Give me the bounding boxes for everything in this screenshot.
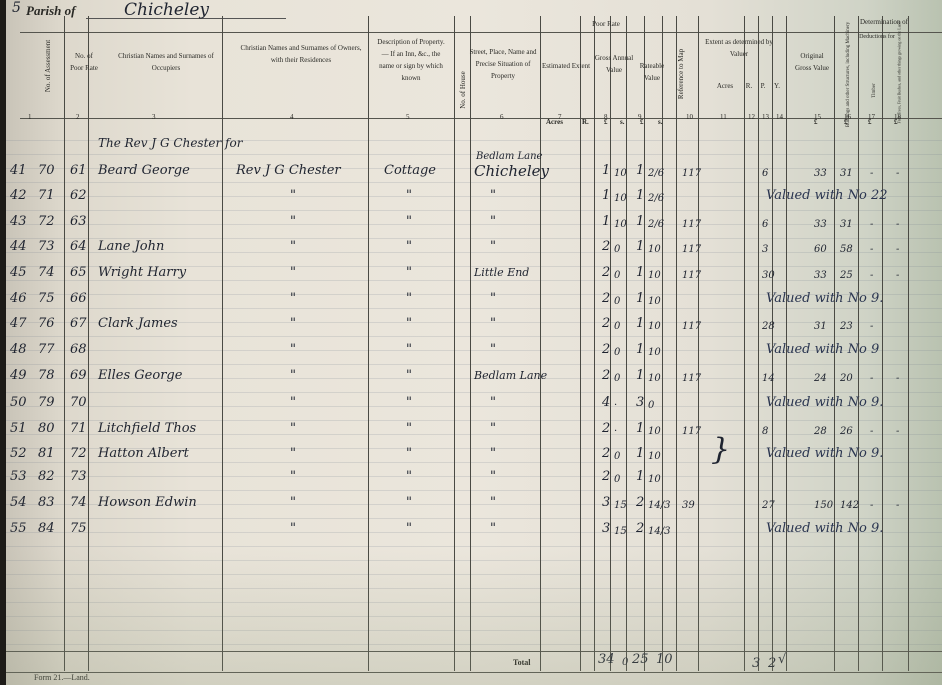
assess-number: 44 xyxy=(10,239,27,255)
gross-shillings: 0 xyxy=(614,294,620,310)
column-number: 14 xyxy=(776,113,783,121)
ruled-line xyxy=(6,336,942,337)
owner-name: " xyxy=(290,291,296,307)
header-bottom-rule xyxy=(20,118,942,119)
property-description: " xyxy=(406,395,412,411)
rateable-shillings: 10 xyxy=(648,242,661,258)
property-description: " xyxy=(406,421,412,437)
rateable-shillings: 2/6 xyxy=(648,166,664,182)
rateable-pounds: 2 xyxy=(636,495,644,511)
gross-pounds: 2 xyxy=(602,239,610,255)
fruit-deduction: - xyxy=(896,268,899,284)
owner-name: " xyxy=(290,469,296,485)
fruit-deduction: - xyxy=(896,498,899,514)
buildings-deduction: 25 xyxy=(840,268,853,284)
property-description: " xyxy=(406,188,412,204)
column-number: 10 xyxy=(686,113,693,121)
property-description: " xyxy=(406,291,412,307)
alt-number: 78 xyxy=(38,368,55,384)
property-description: " xyxy=(406,214,412,230)
timber-deduction: - xyxy=(870,371,873,387)
parish-name: Chicheley xyxy=(124,0,209,20)
gross-pounds: 1 xyxy=(602,214,610,230)
occupier-name: Wright Harry xyxy=(98,265,186,281)
rateable-pounds: 1 xyxy=(636,316,644,332)
col-17-header: Timber xyxy=(872,83,877,98)
assess-number: 47 xyxy=(10,316,27,332)
rateable-pounds: 1 xyxy=(636,291,644,307)
col-18-header: Fruit Trees, Fruit Bushes, and other thi… xyxy=(897,22,902,124)
gross-shillings: 0 xyxy=(614,449,620,465)
property-description: " xyxy=(406,239,412,255)
total-bottom-rule xyxy=(6,672,942,673)
alt-number: 82 xyxy=(38,469,55,485)
gross-shillings: 0 xyxy=(614,472,620,488)
col-15-header: Original Gross Value xyxy=(792,50,832,74)
total-gross-s: 0 xyxy=(622,655,628,671)
rateable-shillings: 10 xyxy=(648,268,661,284)
original-gross-value: 28 xyxy=(814,424,827,440)
ruled-line xyxy=(6,392,942,393)
rateable-shillings: 10 xyxy=(648,345,661,361)
column-number: 12 xyxy=(748,113,755,121)
poor-rate-header: Poor Rate xyxy=(540,18,672,30)
unit-rate-l: £ xyxy=(640,118,644,126)
gross-pounds: 2 xyxy=(602,368,610,384)
original-gross-value: 33 xyxy=(814,217,827,233)
poor-rate-number: 69 xyxy=(70,368,87,384)
extent-perches: 6 xyxy=(762,217,768,233)
col-16-header: Buildings and other Structures, includin… xyxy=(846,22,851,127)
valuation-note: Valued with No 22 xyxy=(766,188,888,204)
alt-number: 81 xyxy=(38,446,55,462)
timber-deduction: - xyxy=(870,268,873,284)
occupier-name: Beard George xyxy=(98,163,190,179)
assess-number: 55 xyxy=(10,521,27,537)
total-gross-l: 34 xyxy=(598,652,615,668)
extent-perches: 14 xyxy=(762,371,775,387)
timber-deduction: - xyxy=(870,498,873,514)
unit-rate-s: s. xyxy=(658,118,662,126)
ruled-line xyxy=(6,308,942,309)
rateable-shillings: 10 xyxy=(648,449,661,465)
owner-name: " xyxy=(290,239,296,255)
total-label: Total xyxy=(513,658,531,667)
ruled-line xyxy=(6,616,942,617)
poor-rate-number: 62 xyxy=(70,188,87,204)
occupier-name: Litchfield Thos xyxy=(98,421,196,437)
col-2-header: No. of Poor Rate xyxy=(70,50,98,74)
occupier-name: Hatton Albert xyxy=(98,446,189,462)
poor-rate-number: 72 xyxy=(70,446,87,462)
gross-pounds: 2 xyxy=(602,421,610,437)
total-r: 3 xyxy=(752,656,760,672)
rateable-pounds: 1 xyxy=(636,265,644,281)
poor-rate-number: 63 xyxy=(70,214,87,230)
column-line xyxy=(368,16,369,671)
ruled-line xyxy=(6,154,942,155)
column-line xyxy=(882,16,883,671)
street-place: " xyxy=(490,291,496,307)
column-line xyxy=(540,16,541,671)
unit-gross-s: s. xyxy=(620,118,624,126)
unit-c16: £ xyxy=(844,118,848,126)
property-description: " xyxy=(406,316,412,332)
gross-pounds: 4 xyxy=(602,395,610,411)
column-line xyxy=(454,16,455,671)
col-4-header: Christian Names and Surnames of Owners, … xyxy=(236,42,366,66)
rateable-pounds: 1 xyxy=(636,342,644,358)
ruled-line xyxy=(6,364,942,365)
buildings-deduction: 58 xyxy=(840,242,853,258)
poor-rate-number: 74 xyxy=(70,495,87,511)
street-place: " xyxy=(490,421,496,437)
col-5-header: Description of Property.— If an Inn, &c.… xyxy=(376,36,446,84)
alt-number: 76 xyxy=(38,316,55,332)
col-8-header: Gross Annual Value xyxy=(594,52,634,76)
street-place: " xyxy=(490,342,496,358)
map-reference: 117 xyxy=(682,319,701,335)
extent-perches: 30 xyxy=(762,268,775,284)
rateable-pounds: 1 xyxy=(636,446,644,462)
gross-shillings: 0 xyxy=(614,319,620,335)
gross-pounds: 2 xyxy=(602,316,610,332)
gross-shillings: 15 xyxy=(614,524,627,540)
gross-shillings: 15 xyxy=(614,498,627,514)
gross-shillings: 0 xyxy=(614,242,620,258)
poor-rate-rule xyxy=(540,32,672,33)
gross-shillings: 0 xyxy=(614,371,620,387)
alt-number: 72 xyxy=(38,214,55,230)
gross-shillings: 0 xyxy=(614,345,620,361)
col-1-header: No. of Assessment xyxy=(44,40,52,92)
col-12-header: R. xyxy=(742,80,756,92)
extent-perches: 3 xyxy=(762,242,768,258)
ruled-line xyxy=(6,546,942,547)
original-gross-value: 60 xyxy=(814,242,827,258)
ruled-line xyxy=(6,560,942,561)
rateable-pounds: 1 xyxy=(636,214,644,230)
gross-shillings: 0 xyxy=(614,268,620,284)
column-line xyxy=(744,16,745,671)
gross-shillings: · xyxy=(614,424,617,440)
column-line xyxy=(676,16,677,671)
street-place: " xyxy=(490,316,496,332)
column-number: 13 xyxy=(762,113,769,121)
gross-pounds: 2 xyxy=(602,446,610,462)
unit-acres: Acres xyxy=(546,118,563,126)
extent-perches: 8 xyxy=(762,424,768,440)
no-of-house-header: No. of House xyxy=(459,71,467,109)
valuation-note: Valued with No 9. xyxy=(766,446,883,462)
ruled-line xyxy=(6,476,942,477)
alt-number: 70 xyxy=(38,163,55,179)
owner-name: " xyxy=(290,521,296,537)
owner-name: Rev J G Chester xyxy=(236,163,341,179)
col-13-header: P. xyxy=(756,80,770,92)
column-line xyxy=(626,16,627,671)
parish-label: Parish of xyxy=(26,3,75,19)
gross-pounds: 1 xyxy=(602,163,610,179)
property-description: " xyxy=(406,342,412,358)
column-line xyxy=(908,16,909,671)
column-line xyxy=(88,16,89,671)
fruit-deduction: - xyxy=(896,242,899,258)
column-number: 1 xyxy=(28,113,32,121)
buildings-deduction: 31 xyxy=(840,217,853,233)
column-number: 4 xyxy=(290,113,294,121)
form-label: Form 21.—Land. xyxy=(34,673,90,682)
extent-perches: 6 xyxy=(762,166,768,182)
col-11-header: Acres xyxy=(710,80,740,92)
valuation-note: Valued with No 9 xyxy=(766,342,879,358)
ruled-line xyxy=(6,630,942,631)
assess-number: 46 xyxy=(10,291,27,307)
ruled-line xyxy=(6,602,942,603)
assess-number: 50 xyxy=(10,395,27,411)
street-place: " xyxy=(490,239,496,255)
rateable-pounds: 1 xyxy=(636,239,644,255)
unit-r: R. xyxy=(582,118,589,126)
ruled-line xyxy=(6,490,942,491)
map-reference: 39 xyxy=(682,498,695,514)
extent-perches: 27 xyxy=(762,498,775,514)
folio-mark: 5 xyxy=(12,0,21,16)
buildings-deduction: 20 xyxy=(840,371,853,387)
street-place: " xyxy=(490,214,496,230)
rateable-pounds: 1 xyxy=(636,188,644,204)
timber-deduction: - xyxy=(870,166,873,182)
gross-shillings: 10 xyxy=(614,191,627,207)
assess-number: 41 xyxy=(10,163,27,179)
gross-shillings: 10 xyxy=(614,166,627,182)
poor-rate-number: 66 xyxy=(70,291,87,307)
gross-pounds: 1 xyxy=(602,188,610,204)
map-reference: 117 xyxy=(682,371,701,387)
rateable-shillings: 10 xyxy=(648,472,661,488)
ruled-line xyxy=(6,224,942,225)
valuation-note: Valued with No 9. xyxy=(766,395,883,411)
alt-number: 80 xyxy=(38,421,55,437)
buildings-deduction: 26 xyxy=(840,424,853,440)
poor-rate-number: 65 xyxy=(70,265,87,281)
owner-name: " xyxy=(290,421,296,437)
property-description: " xyxy=(406,368,412,384)
ruled-line xyxy=(6,210,942,211)
assess-number: 54 xyxy=(10,495,27,511)
ledger-page: 5 Parish of Chicheley Poor Rate Determin… xyxy=(6,0,942,685)
valuation-note: Valued with No 9. xyxy=(766,291,883,307)
gross-pounds: 2 xyxy=(602,469,610,485)
buildings-deduction: 23 xyxy=(840,319,853,335)
assess-number: 43 xyxy=(10,214,27,230)
assess-number: 45 xyxy=(10,265,27,281)
alt-number: 73 xyxy=(38,239,55,255)
fruit-deduction: - xyxy=(896,424,899,440)
poor-rate-number: 61 xyxy=(70,163,87,179)
column-number: 11 xyxy=(720,113,727,121)
property-description: " xyxy=(406,495,412,511)
column-line xyxy=(594,16,595,671)
rateable-shillings: 10 xyxy=(648,424,661,440)
rateable-pounds: 3 xyxy=(636,395,644,411)
fruit-deduction: - xyxy=(896,166,899,182)
gross-pounds: 3 xyxy=(602,495,610,511)
ruled-line xyxy=(6,182,942,183)
owner-name: " xyxy=(290,188,296,204)
assess-number: 52 xyxy=(10,446,27,462)
fruit-deduction: - xyxy=(896,371,899,387)
total-check: √ xyxy=(778,652,786,668)
extent-valuer-header: Extent as determined by Valuer xyxy=(704,36,774,60)
original-gross-value: 33 xyxy=(814,268,827,284)
assess-number: 51 xyxy=(10,421,27,437)
column-line xyxy=(662,16,663,671)
poor-rate-number: 68 xyxy=(70,342,87,358)
owner-note: The Rev J G Chester for xyxy=(98,135,242,151)
timber-deduction: - xyxy=(870,424,873,440)
column-line xyxy=(470,16,471,671)
street-place: " xyxy=(490,188,496,204)
brace-mark: } xyxy=(711,442,730,458)
column-line xyxy=(758,16,759,671)
poor-rate-number: 70 xyxy=(70,395,87,411)
ruled-line xyxy=(6,644,942,645)
owner-name: " xyxy=(290,342,296,358)
alt-number: 79 xyxy=(38,395,55,411)
occupier-name: Clark James xyxy=(98,316,178,332)
street-place: Little End xyxy=(474,265,529,281)
owner-name: " xyxy=(290,316,296,332)
alt-number: 71 xyxy=(38,188,55,204)
timber-deduction: - xyxy=(870,217,873,233)
assess-number: 49 xyxy=(10,368,27,384)
col-9-header: Rateable Value xyxy=(634,60,670,84)
owner-name: " xyxy=(290,446,296,462)
street-place: " xyxy=(490,469,496,485)
total-rate-l: 25 xyxy=(632,652,649,668)
gross-pounds: 3 xyxy=(602,521,610,537)
col-3-header: Christian Names and Surnames of Occupier… xyxy=(116,50,216,74)
gross-pounds: 2 xyxy=(602,291,610,307)
rateable-pounds: 2 xyxy=(636,521,644,537)
alt-number: 74 xyxy=(38,265,55,281)
column-line xyxy=(64,16,65,671)
street-place: Bedlam Lane xyxy=(474,368,547,384)
owner-name: " xyxy=(290,368,296,384)
occupier-name: Elles George xyxy=(98,368,182,384)
rateable-shillings: 2/6 xyxy=(648,217,664,233)
owner-name: " xyxy=(290,495,296,511)
map-reference: 117 xyxy=(682,424,701,440)
ruled-line xyxy=(6,518,942,519)
gross-pounds: 2 xyxy=(602,265,610,281)
occupier-name: Howson Edwin xyxy=(98,495,197,511)
fruit-deduction: - xyxy=(896,217,899,233)
map-reference: 117 xyxy=(682,242,701,258)
col-14-header: Y. xyxy=(770,80,784,92)
street-place: " xyxy=(490,395,496,411)
rateable-shillings: 10 xyxy=(648,294,661,310)
street-place: " xyxy=(490,521,496,537)
rateable-pounds: 1 xyxy=(636,469,644,485)
poor-rate-number: 67 xyxy=(70,316,87,332)
unit-c17: £ xyxy=(868,118,872,126)
original-gross-value: 33 xyxy=(814,166,827,182)
property-description: " xyxy=(406,469,412,485)
timber-deduction: - xyxy=(870,242,873,258)
alt-number: 77 xyxy=(38,342,55,358)
alt-number: 83 xyxy=(38,495,55,511)
street-place: " xyxy=(490,495,496,511)
col-6-header: Street, Place, Name and Precise Situatio… xyxy=(468,46,538,82)
column-number: 3 xyxy=(152,113,156,121)
total-p: 2 xyxy=(768,656,776,672)
occupier-name: Lane John xyxy=(98,239,164,255)
rateable-pounds: 1 xyxy=(636,368,644,384)
ruled-line xyxy=(6,462,942,463)
rateable-shillings: 0 xyxy=(648,398,654,414)
column-number: 5 xyxy=(406,113,410,121)
rateable-shillings: 10 xyxy=(648,319,661,335)
unit-gross-l: £ xyxy=(604,118,608,126)
determination-header: Determination of xyxy=(826,16,942,28)
owner-name: " xyxy=(290,214,296,230)
gross-shillings: · xyxy=(614,398,617,414)
map-reference: 117 xyxy=(682,166,701,182)
original-gross-value: 24 xyxy=(814,371,827,387)
column-line xyxy=(222,16,223,671)
col-7-header: Estimated Extent xyxy=(542,60,590,72)
gross-pounds: 2 xyxy=(602,342,610,358)
original-gross-value: 31 xyxy=(814,319,827,335)
property-description: Cottage xyxy=(384,163,436,179)
rateable-pounds: 1 xyxy=(636,163,644,179)
rateable-shillings: 14/3 xyxy=(648,524,670,540)
rateable-shillings: 10 xyxy=(648,371,661,387)
alt-number: 84 xyxy=(38,521,55,537)
gross-shillings: 10 xyxy=(614,217,627,233)
col-10-header: Reference to Map xyxy=(677,49,685,99)
rateable-shillings: 2/6 xyxy=(648,191,664,207)
rateable-shillings: 14/3 xyxy=(648,498,670,514)
column-line xyxy=(698,16,699,671)
street-place: " xyxy=(490,446,496,462)
total-top-rule xyxy=(6,651,942,652)
property-description: " xyxy=(406,521,412,537)
ruled-line xyxy=(6,588,942,589)
unit-c15: £ xyxy=(814,118,818,126)
valuation-note: Valued with No 9. xyxy=(766,521,883,537)
map-reference: 117 xyxy=(682,268,701,284)
buildings-deduction: 31 xyxy=(840,166,853,182)
column-number: 2 xyxy=(76,113,80,121)
map-reference: 117 xyxy=(682,217,701,233)
street-above: Bedlam Lane xyxy=(476,149,542,165)
poor-rate-number: 64 xyxy=(70,239,87,255)
street-place: Chicheley xyxy=(474,163,549,179)
poor-rate-number: 71 xyxy=(70,421,87,437)
owner-name: " xyxy=(290,395,296,411)
extent-perches: 28 xyxy=(762,319,775,335)
column-number: 6 xyxy=(500,113,504,121)
assess-number: 53 xyxy=(10,469,27,485)
alt-number: 75 xyxy=(38,291,55,307)
unit-c18: £ xyxy=(894,118,898,126)
assess-number: 48 xyxy=(10,342,27,358)
ruled-line xyxy=(6,574,942,575)
poor-rate-number: 75 xyxy=(70,521,87,537)
